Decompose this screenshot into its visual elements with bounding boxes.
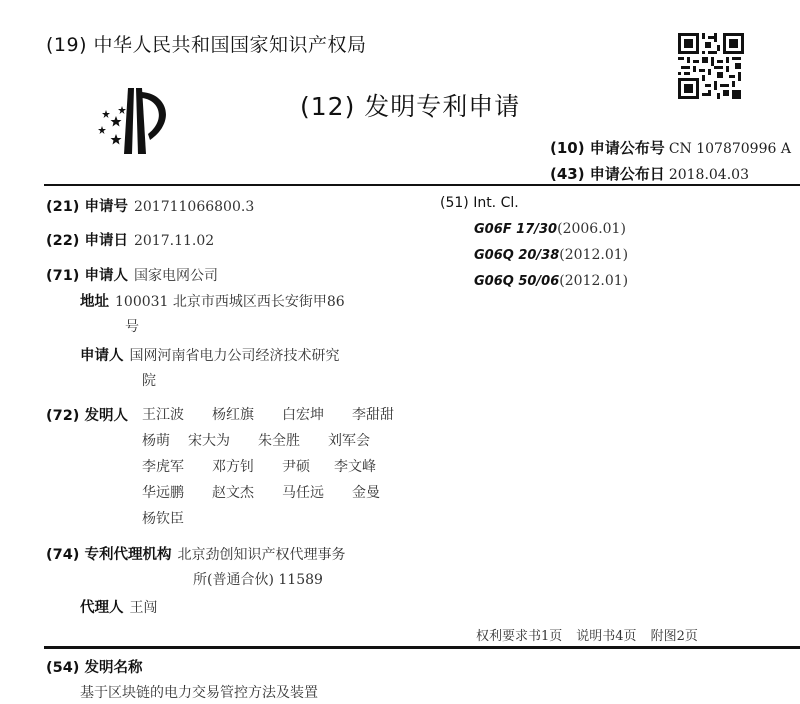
description-pages: 说明书4页 bbox=[576, 629, 636, 644]
ipc-version: (2012.01) bbox=[559, 247, 628, 263]
inventor: 王江波 bbox=[142, 404, 212, 424]
inventor: 金曼 bbox=[352, 485, 380, 501]
inventor: 李虎军 bbox=[142, 456, 212, 476]
ipc-code: G06Q 50/06 bbox=[474, 274, 559, 289]
inventor: 白宏坤 bbox=[282, 404, 352, 424]
publication-date-label: (43) 申请公布日 bbox=[550, 165, 665, 183]
header-divider bbox=[44, 184, 800, 186]
inventor: 赵文杰 bbox=[212, 482, 282, 502]
inventors-label-text: (72) 发明人 bbox=[46, 408, 128, 424]
inventor: 尹硕 bbox=[282, 456, 334, 476]
bottom-divider bbox=[44, 646, 800, 649]
inventors-list: 王江波杨红旗白宏坤李甜甜 杨萌宋大为朱全胜刘军会 李虎军邓方钊尹硕李文峰 华远鹏… bbox=[142, 404, 422, 534]
inventor-row: 华远鹏赵文杰马任远金曼 bbox=[142, 482, 422, 508]
invention-title-label-text: (54) 发明名称 bbox=[46, 660, 142, 676]
inventor: 刘军会 bbox=[328, 433, 370, 449]
application-date-label: (22) 申请日 bbox=[46, 233, 128, 249]
address-label: 地址 bbox=[80, 294, 109, 310]
publication-date-value: 2018.04.03 bbox=[669, 167, 749, 183]
ipc-entry: G06Q 20/38(2012.01) bbox=[474, 247, 628, 263]
application-date-value: 2017.11.02 bbox=[134, 233, 214, 249]
invention-title: 基于区块链的电力交易管控方法及装置 bbox=[80, 682, 318, 702]
drawings-pages: 附图2页 bbox=[651, 629, 698, 644]
applicant-2-line-2: 院 bbox=[142, 370, 156, 390]
agent: 代理人王闯 bbox=[80, 596, 158, 617]
invention-title-label: (54) 发明名称 bbox=[46, 656, 142, 677]
ipc-version: (2006.01) bbox=[557, 221, 626, 237]
application-number-label: (21) 申请号 bbox=[46, 199, 128, 215]
publication-number-label: (10) 申请公布号 bbox=[550, 139, 665, 157]
inventor-row: 杨萌宋大为朱全胜刘军会 bbox=[142, 430, 422, 456]
issuing-office: (19) 中华人民共和国国家知识产权局 bbox=[46, 30, 367, 57]
inventor-row: 王江波杨红旗白宏坤李甜甜 bbox=[142, 404, 422, 430]
cnipa-logo bbox=[88, 84, 184, 160]
inventors-label: (72) 发明人 bbox=[46, 404, 128, 425]
claims-pages: 权利要求书1页 bbox=[476, 629, 562, 644]
inventor: 李文峰 bbox=[334, 459, 376, 475]
document-type-title: (12) 发明专利申请 bbox=[300, 87, 520, 123]
agent-value: 王闯 bbox=[130, 600, 158, 616]
inventor: 杨钦臣 bbox=[142, 511, 184, 527]
application-number: (21) 申请号201711066800.3 bbox=[46, 195, 254, 216]
inventor: 朱全胜 bbox=[258, 430, 328, 450]
inventor: 杨萌 bbox=[142, 430, 188, 450]
patent-agency-line-1: 北京劲创知识产权代理事务 bbox=[177, 547, 345, 563]
ipc-entry: G06Q 50/06(2012.01) bbox=[474, 273, 628, 289]
inventor: 华远鹏 bbox=[142, 482, 212, 502]
applicant-2-line-1: 国网河南省电力公司经济技术研究 bbox=[130, 348, 340, 364]
application-number-value: 201711066800.3 bbox=[134, 199, 254, 215]
ipc-code: G06Q 20/38 bbox=[474, 248, 559, 263]
page-counts: 权利要求书1页说明书4页附图2页 bbox=[476, 625, 698, 644]
address: 地址100031 北京市西城区西长安街甲86 bbox=[80, 290, 345, 311]
agent-label: 代理人 bbox=[80, 600, 124, 616]
applicant-2: 申请人国网河南省电力公司经济技术研究 bbox=[80, 344, 340, 365]
publication-date: (43) 申请公布日2018.04.03 bbox=[550, 163, 749, 184]
inventor-row: 杨钦臣 bbox=[142, 508, 422, 534]
qr-code-icon bbox=[678, 33, 744, 99]
patent-agency: (74) 专利代理机构北京劲创知识产权代理事务 bbox=[46, 543, 345, 564]
address-line-1: 100031 北京市西城区西长安街甲86 bbox=[115, 294, 345, 310]
ipc-entry: G06F 17/30(2006.01) bbox=[474, 221, 626, 237]
inventor: 邓方钊 bbox=[212, 456, 282, 476]
ipc-label: (51) Int. Cl. bbox=[440, 195, 519, 211]
inventor: 宋大为 bbox=[188, 430, 258, 450]
applicant-2-label: 申请人 bbox=[80, 348, 124, 364]
inventor: 杨红旗 bbox=[212, 404, 282, 424]
inventor-row: 李虎军邓方钊尹硕李文峰 bbox=[142, 456, 422, 482]
applicant-1-label: (71) 申请人 bbox=[46, 268, 128, 284]
patent-agency-line-2: 所(普通合伙) 11589 bbox=[193, 569, 323, 589]
application-date: (22) 申请日2017.11.02 bbox=[46, 229, 214, 250]
applicant-1: (71) 申请人国家电网公司 bbox=[46, 264, 218, 285]
inventor: 马任远 bbox=[282, 482, 352, 502]
ipc-version: (2012.01) bbox=[559, 273, 628, 289]
address-line-2: 号 bbox=[125, 316, 139, 336]
inventor: 李甜甜 bbox=[352, 407, 394, 423]
ipc-code: G06F 17/30 bbox=[474, 222, 557, 237]
logo-icon bbox=[88, 84, 184, 160]
applicant-1-value: 国家电网公司 bbox=[134, 268, 218, 284]
patent-agency-label: (74) 专利代理机构 bbox=[46, 547, 171, 563]
qr-code bbox=[678, 33, 744, 99]
publication-number: (10) 申请公布号CN 107870996 A bbox=[550, 137, 791, 158]
publication-number-value: CN 107870996 A bbox=[669, 141, 791, 157]
